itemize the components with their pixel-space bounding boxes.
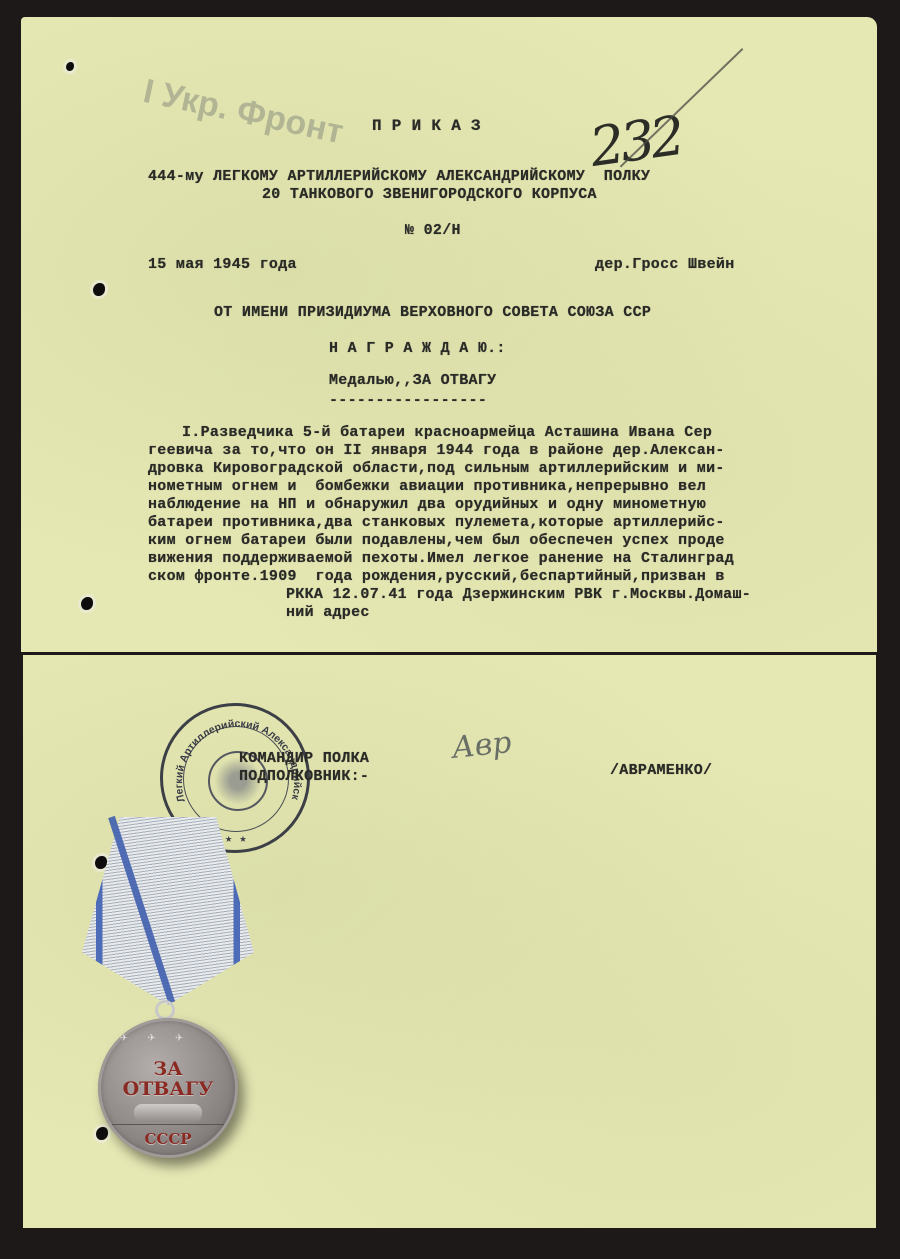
body-line: нометным огнем и бомбежки авиации против…: [148, 478, 706, 495]
presidium-line: ОТ ИМЕНИ ПРИЗИДИУМА ВЕРХОВНОГО СОВЕТА СО…: [214, 304, 651, 321]
body-line: ском фронте.1909 года рождения,русский,б…: [148, 568, 725, 585]
tank-icon: [134, 1104, 202, 1122]
body-line: батареи противника,два станковых пулемет…: [148, 514, 725, 531]
award-underline: -----------------: [329, 392, 487, 409]
medal-ring: [155, 1000, 175, 1020]
body-line: ким огнем батареи были подавлены,чем был…: [148, 532, 725, 549]
order-number: № 02/Н: [405, 222, 461, 239]
body-line: ний адрес: [286, 604, 370, 621]
body-line: наблюдение на НП и обнаружил два орудийн…: [148, 496, 706, 513]
order-place: дер.Гросс Швейн: [595, 256, 735, 273]
body-line: I.Разведчика 5-й батареи красноармейца А…: [182, 424, 712, 441]
body-line: РККА 12.07.41 года Дзержинским РВК г.Мос…: [286, 586, 751, 603]
commander-title: КОМАНДИР ПОЛКА: [239, 750, 369, 767]
award-verb: Н А Г Р А Ж Д А Ю.:: [329, 340, 506, 357]
unit-line-1: 444-му ЛЕГКОМУ АРТИЛЛЕРИЙСКОМУ АЛЕКСАНДР…: [148, 168, 650, 185]
commander-name: /АВРАМЕНКО/: [610, 762, 712, 779]
medal-ground-line: [112, 1124, 224, 1125]
award-name: Медалью,,ЗА ОТВАГУ: [329, 372, 496, 389]
order-title: П Р И К А З: [372, 117, 481, 135]
medal-line-1: ЗА: [98, 1058, 238, 1080]
svg-text:★ ★: ★ ★: [225, 832, 247, 846]
unit-line-2: 20 ТАНКОВОГО ЗВЕНИГОРОДСКОГО КОРПУСА: [262, 186, 597, 203]
medal-za-otvagu: ✈ ✈ ✈ ЗА ОТВАГУ СССР: [98, 1018, 238, 1158]
body-line: вижения поддерживаемой пехоты.Имел легко…: [148, 550, 734, 567]
body-line: дровка Кировоградской области,под сильны…: [148, 460, 725, 477]
medal-ussr: СССР: [98, 1130, 238, 1148]
commander-rank: ПОДПОЛКОВНИК:-: [239, 768, 369, 785]
order-date: 15 мая 1945 года: [148, 256, 297, 273]
body-line: геевича за то,что он II января 1944 года…: [148, 442, 725, 459]
commander-signature: Авр: [450, 725, 513, 766]
medal-line-2: ОТВАГУ: [98, 1078, 238, 1100]
planes-icon: ✈ ✈ ✈: [120, 1030, 189, 1045]
